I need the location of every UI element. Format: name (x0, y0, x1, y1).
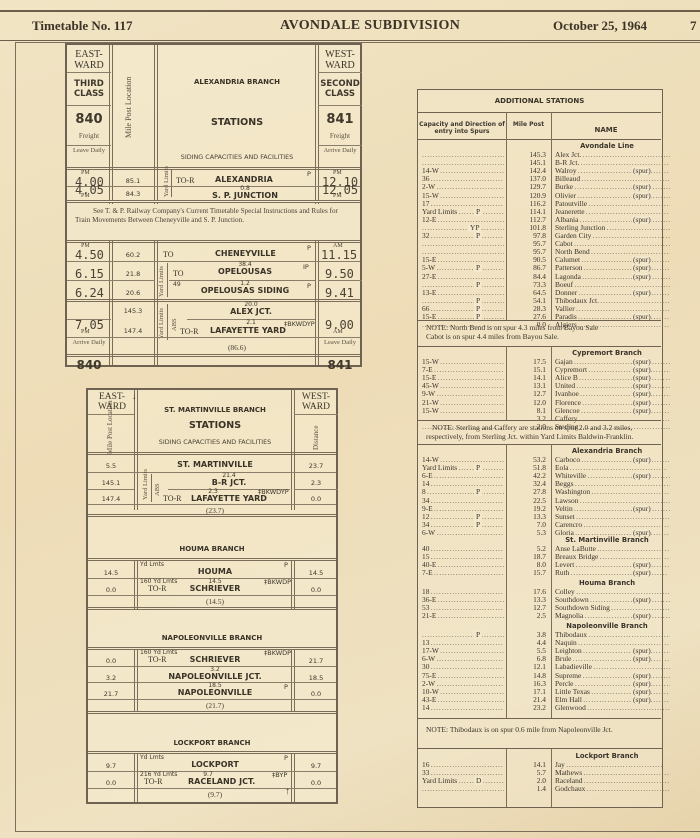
station-name: NAPOLEONVILLE JCT. (140, 672, 290, 681)
spur-label: (spur) (632, 407, 651, 415)
milepost: 84.3 (113, 190, 153, 198)
divider (88, 558, 336, 561)
page-title: AVONDALE SUBDIVISION (280, 18, 460, 34)
facility-code: ‡BYP (272, 771, 287, 779)
station-name: Breaux Bridge (555, 553, 670, 561)
divider (134, 753, 138, 802)
spur-capacity: 43-E (422, 696, 504, 704)
spur-capacity: 6-W (422, 529, 504, 537)
spur-label: (spur) (632, 216, 651, 224)
spur-capacity: 8 (422, 488, 504, 496)
spur-capacity: 33 (422, 769, 504, 777)
arrow-down-icon: ↓ (132, 391, 137, 401)
station-name: Raceland (555, 777, 670, 785)
station-name: ALEXANDRIA (215, 175, 273, 184)
milepost: 145.3 (113, 307, 153, 315)
station-name: Veltin (555, 505, 670, 513)
facility-code: P (284, 561, 288, 569)
list-item: 1.4Godchaux (422, 785, 662, 793)
facility-code: P (474, 264, 482, 272)
spur-capacity: 17-W (422, 647, 504, 655)
spur-capacity: 45-W (422, 382, 504, 390)
milepost-header: Mile Post Location (106, 420, 114, 454)
west-distance: 23.7 (294, 462, 338, 470)
additional-stations-table: ADDITIONAL STATIONS Capacity and Directi… (417, 89, 663, 749)
list-item: 1423.2Glenwood (422, 704, 662, 712)
spur-label: (spur) (632, 289, 651, 297)
divider (88, 699, 336, 700)
facility-code: P (284, 683, 288, 691)
station-name: Lagonda (555, 273, 670, 281)
spur-capacity: 17 (422, 200, 504, 208)
milepost: 60.2 (113, 251, 153, 259)
spur-capacity (422, 297, 504, 305)
station-name: Thibodaux Jct. (555, 297, 670, 305)
station-name: Carencro (555, 521, 670, 529)
facility-code: P (474, 208, 482, 216)
station-name: Caffery (555, 415, 670, 423)
station-name: ST. MARTINVILLE (140, 460, 290, 469)
section-title: Alexandria Branch (551, 447, 663, 455)
station-name: Brule (555, 655, 670, 663)
facility-code: P (474, 631, 482, 639)
east-class-label: THIRD CLASS (67, 79, 111, 99)
divider (88, 514, 336, 517)
station-name: Gajan (555, 358, 670, 366)
divider (318, 105, 362, 106)
spur-capacity: 66 (422, 305, 504, 313)
west-train-number-bottom: 841 (318, 358, 362, 372)
station-name: LAFAYETTE YARD (191, 494, 267, 503)
spur-capacity: Yard Limits (422, 464, 504, 472)
stations-title: STATIONS (140, 420, 290, 431)
spur-capacity: 7-E (422, 569, 504, 577)
spur-capacity (422, 224, 504, 232)
station-name: Little Texas (555, 688, 670, 696)
spur-label: (spur) (632, 696, 651, 704)
spur-capacity: 12 (422, 513, 504, 521)
spur-capacity: 6-W (422, 655, 504, 663)
east-bottom-label: Arrive Daily (71, 339, 107, 346)
page-number: 7 (690, 18, 697, 34)
east-time: 4.50 (75, 248, 104, 262)
station-name: United (555, 382, 670, 390)
siding-caption: SIDING CAPACITIES AND FACILITIES (140, 438, 290, 446)
station-name: RACELAND JCT. (188, 777, 255, 786)
station-name: Sunset (555, 513, 670, 521)
west-distance: 0.0 (294, 779, 338, 787)
west-distance: 2.3 (294, 479, 338, 487)
west-distance: 18.5 (294, 674, 338, 682)
spur-capacity: 34 (422, 497, 504, 505)
milepost: 23.2 (510, 704, 546, 712)
divider (67, 280, 111, 281)
milepost: 147.4 (113, 327, 153, 335)
west-train-type: Freight (318, 132, 362, 140)
station-name: Beggs (555, 480, 670, 488)
spur-capacity: 21-W (422, 399, 504, 407)
station-name: Godchaux (555, 785, 670, 793)
spur-capacity: 15-W (422, 358, 504, 366)
spur-capacity: 14-W (422, 167, 504, 175)
spur-capacity: 15 (422, 553, 504, 561)
station-name: Whiteville (555, 472, 670, 480)
spur-label: (spur) (632, 569, 651, 577)
divider (67, 200, 360, 203)
spur-capacity: 5-W (422, 264, 504, 272)
distance-header: Distance (312, 422, 320, 450)
branch-title: ST. MARTINVILLE BRANCH (140, 406, 290, 414)
total-distance: (86.6) (159, 343, 315, 352)
east-time: 6.24 (75, 286, 104, 300)
station-name: Jeanerette (555, 208, 670, 216)
milepost: 9.7 (88, 762, 134, 770)
west-distance: 9.7 (294, 762, 338, 770)
divider (88, 751, 336, 754)
col-name: NAME (551, 126, 661, 134)
divider (318, 280, 362, 281)
station-name: Southdown (555, 596, 670, 604)
station-name: Glencoe (555, 407, 670, 415)
station-name: Anse LaButte (555, 545, 670, 553)
station-name: Garden City (555, 232, 670, 240)
spur-capacity: 14 (422, 704, 504, 712)
station-name: B-R Jct. (555, 159, 670, 167)
westward-label: WEST- WARD (318, 49, 362, 71)
spur-capacity (422, 248, 504, 256)
station-name: Patterson (555, 264, 670, 272)
spur-capacity: 13-E (422, 289, 504, 297)
prefix: TO-R (176, 176, 195, 185)
station-name: Cabot (555, 240, 670, 248)
station-name: Florence (555, 399, 670, 407)
divider (418, 139, 661, 140)
prefix: TO (163, 250, 174, 259)
divider (294, 414, 338, 415)
facility-code: P (284, 754, 288, 762)
section-title: Lockport Branch (551, 752, 663, 760)
section-title: Cypremort Branch (551, 349, 663, 357)
station-name: Supreme (555, 672, 670, 680)
milepost: 147.4 (88, 495, 134, 503)
spur-capacity (422, 240, 504, 248)
station-name: Lawson (555, 497, 670, 505)
spur-capacity: 75-E (422, 672, 504, 680)
abs-label: ABS (154, 478, 162, 496)
west-distance: 21.7 (294, 657, 338, 665)
west-class-label: SECOND CLASS (318, 79, 362, 99)
divider (294, 489, 338, 490)
station-name: Glenwood (555, 704, 670, 712)
divider (151, 474, 152, 502)
yard-limits-label: Yard Limits (158, 263, 166, 297)
ampm: PM (81, 193, 90, 199)
station-name: Percle (555, 680, 670, 688)
west-distance: 0.0 (294, 690, 338, 698)
station-name: Naquin (555, 639, 670, 647)
spur-capacity (422, 631, 504, 639)
divider (88, 452, 336, 455)
divider (167, 263, 168, 297)
west-time: 11.15 (321, 248, 357, 262)
prefix: TO-R (180, 327, 199, 336)
milepost-header: Mile Post Location (125, 93, 133, 138)
west-schedule-label: Arrive Daily (322, 147, 358, 154)
spur-capacity: 36 (422, 175, 504, 183)
spur-capacity: 18 (422, 588, 504, 596)
spur-capacity: 9-W (422, 390, 504, 398)
facility-code: IP (303, 263, 309, 271)
divider (67, 72, 111, 73)
milepost: 2.5 (510, 612, 546, 620)
ampm: PM (81, 329, 90, 335)
spur-label: (spur) (632, 655, 651, 663)
east-train-number: 840 (67, 112, 111, 127)
list-item: 7-E15.7Ruth(spur) (422, 569, 662, 577)
branches-table: EAST- WARD ↓ Mile Post Location ST. MART… (86, 388, 338, 804)
station-name: Ruth (555, 569, 670, 577)
ampm: AM (333, 329, 343, 335)
facility-code: P (474, 521, 482, 529)
divider (67, 354, 360, 357)
spur-label: (spur) (632, 612, 651, 620)
facility-code: ‡BKWDYP (284, 320, 315, 328)
divider (418, 346, 661, 347)
spur-label: (spur) (632, 167, 651, 175)
milepost: 145.1 (88, 479, 134, 487)
station-name: Leighton (555, 647, 670, 655)
milepost: 0.0 (88, 657, 134, 665)
spur-capacity: 15-W (422, 407, 504, 415)
section-title: St. Martinville Branch (551, 536, 663, 544)
station-name: Carboco (555, 456, 670, 464)
divider (67, 337, 360, 338)
station-name: Elm Hall (555, 696, 670, 704)
divider (88, 595, 336, 596)
divider (88, 711, 336, 714)
spur-capacity: 15-E (422, 256, 504, 264)
station-name: OPELOUSAS SIDING (175, 286, 315, 295)
branch-title: NAPOLEONVILLE BRANCH (88, 634, 336, 642)
station-name: Albania (555, 216, 670, 224)
alexandria-branch-table: EAST- WARD THIRD CLASS 840 Freight Leave… (65, 43, 362, 367)
facility-code: P (474, 488, 482, 496)
spur-capacity: Yard Limits (422, 208, 504, 216)
divider (67, 167, 360, 170)
facility-code: P (307, 170, 311, 178)
station-name: Sterling Junction (555, 224, 670, 232)
abs-label: ABS (171, 311, 179, 331)
station-name: Eola (555, 464, 670, 472)
station-name: LAFAYETTE YARD (210, 326, 286, 335)
list-item: 21-E2.5Magnolia(spur) (422, 612, 662, 620)
station-name: Vallier (555, 305, 670, 313)
station-name: OPELOUSAS (175, 267, 315, 276)
note-napoleonville: NOTE: Thibodaux is on spur 0.6 mile from… (426, 725, 656, 734)
divider (318, 145, 362, 146)
spur-capacity: Yard Limits (422, 777, 504, 785)
milepost: 21.8 (113, 270, 153, 278)
spur-label: (spur) (632, 456, 651, 464)
station-name: HOUMA (140, 567, 290, 576)
milepost: 0.0 (88, 586, 134, 594)
spur-capacity: 14 (422, 480, 504, 488)
station-name: Magnolia (555, 612, 670, 620)
table-title: ADDITIONAL STATIONS (418, 97, 661, 105)
station-name: NAPOLEONVILLE (140, 688, 290, 697)
total-distance: (21.7) (140, 701, 290, 710)
spur-capacity: 15-E (422, 374, 504, 382)
divider (418, 112, 661, 113)
east-train-type: Freight (67, 132, 111, 140)
spur-capacity: 10-W (422, 688, 504, 696)
facility-code: P (474, 281, 482, 289)
spur-capacity: 9-E (422, 505, 504, 513)
spur-capacity: 2-W (422, 680, 504, 688)
divider (88, 607, 336, 610)
station-name: Walroy (555, 167, 670, 175)
station-name: Donner (555, 289, 670, 297)
divider (88, 647, 336, 650)
west-distance: 14.5 (294, 569, 338, 577)
spur-capacity: 36-E (422, 596, 504, 604)
divider (291, 753, 295, 802)
spur-capacity: 12-E (422, 216, 504, 224)
spur-capacity: 6-E (422, 472, 504, 480)
east-train-number-bottom: 840 (67, 358, 111, 372)
station-name: LOCKPORT (140, 760, 290, 769)
spur-capacity (422, 159, 504, 167)
station-name: Olivier (555, 192, 670, 200)
station-name: Labadieville (555, 663, 670, 671)
milepost: 15.7 (510, 569, 546, 577)
facility-code: ‡BKWDYP (258, 488, 289, 496)
divider (171, 170, 172, 197)
milepost: 21.7 (88, 690, 134, 698)
west-distance: 0.0 (294, 495, 338, 503)
station-name: Thibodaux (555, 631, 670, 639)
divider (134, 649, 138, 711)
prefix: TO-R (144, 777, 163, 786)
divider (318, 72, 362, 73)
branch-title: LOCKPORT BRANCH (88, 739, 336, 747)
station-name: Billeaud (555, 175, 670, 183)
station-name: B-R JCT. (168, 478, 290, 487)
facility-code: ‡BKWDP (264, 578, 291, 586)
prefix: TO-R (163, 494, 182, 503)
station-name: Southdown Siding (555, 604, 670, 612)
special-instructions-note: See T. & P. Railway Company's Current Ti… (75, 207, 353, 225)
west-time: 9.41 (325, 286, 354, 300)
note-avondale: NOTE: North Bend is on spur 4.3 miles fr… (426, 323, 656, 341)
eastward-label: EAST- WARD (67, 49, 111, 71)
yard-limits-label: Yard Limits (158, 305, 166, 339)
divider (418, 718, 661, 719)
spur-capacity (422, 151, 504, 159)
arrow-up-icon: ↑ (285, 786, 290, 797)
col-milepost: Mile Post (506, 121, 551, 128)
total-distance: (9.7) (140, 790, 290, 799)
yard-limits-label: Yard Limits (142, 474, 150, 500)
west-distance: 0.0 (294, 586, 338, 594)
spur-capacity: 40 (422, 545, 504, 553)
milepost: 5.5 (88, 462, 134, 470)
spur-capacity (422, 281, 504, 289)
divider (67, 105, 111, 106)
divider (418, 320, 661, 321)
divider (111, 280, 155, 281)
spur-capacity: 34 (422, 521, 504, 529)
spur-capacity: 14-W (422, 456, 504, 464)
facility-code: P (474, 232, 482, 240)
station-name: Ivanhoe (555, 390, 670, 398)
spur-capacity: 40-E (422, 561, 504, 569)
station-name: S. P. JUNCTION (175, 191, 315, 200)
total-distance: (14.5) (140, 597, 290, 606)
east-schedule-label: Leave Daily (71, 147, 107, 154)
spur-label: (spur) (632, 273, 651, 281)
siding-caption: SIDING CAPACITIES AND FACILITIES (159, 153, 315, 161)
station-name: CHENEYVILLE (215, 249, 276, 258)
header-top-rule (0, 10, 700, 12)
milepost: 3.2 (88, 674, 134, 682)
station-name: Alex Jct. (555, 151, 670, 159)
facility-code: P (307, 282, 311, 290)
divider (88, 504, 336, 505)
note-cypremort: NOTE: Sterling and Caffery are stations … (426, 423, 656, 441)
spur-capacity: 2-W (422, 183, 504, 191)
branch-title: HOUMA BRANCH (88, 545, 336, 553)
spur-capacity: 27-E (422, 273, 504, 281)
divider (418, 420, 661, 421)
ampm: PM (333, 193, 342, 199)
divider (291, 560, 295, 610)
station-name: Calumet (555, 256, 670, 264)
timetable-number: Timetable No. 117 (32, 18, 133, 34)
section-title: Napoleonville Branch (551, 622, 663, 630)
spur-label: (spur) (632, 596, 651, 604)
spur-capacity (422, 785, 504, 793)
spur-capacity: 15-W (422, 192, 504, 200)
facility-code: P (307, 244, 311, 252)
station-name: Mathews (555, 769, 670, 777)
spur-capacity: 32 (422, 232, 504, 240)
header-bottom-rule (0, 40, 700, 41)
milepost: 1.4 (510, 785, 546, 793)
divider (67, 240, 360, 243)
station-name: Levert (555, 561, 670, 569)
east-time: 6.15 (75, 267, 104, 281)
spur-capacity: 16 (422, 761, 504, 769)
divider (134, 560, 138, 610)
facility-code: P (474, 464, 482, 472)
stations-title: STATIONS (159, 117, 315, 128)
spur-capacity (422, 415, 504, 423)
col-capacity: Capacity and Direction of entry into Spu… (418, 121, 506, 135)
milepost: 20.6 (113, 289, 153, 297)
branch-title: ALEXANDRIA BRANCH (159, 78, 315, 86)
milepost: 5.3 (510, 529, 546, 537)
divider (418, 444, 661, 445)
additional-stations-lockport: Lockport Branch1614.1Jay335.7MathewsYard… (417, 748, 663, 808)
facility-code: ‡BKWDP (264, 649, 291, 657)
yard-limits-label: Yard Limits (163, 171, 171, 197)
spur-capacity: 13 (422, 639, 504, 647)
divider (88, 489, 134, 490)
milepost: 85.1 (113, 177, 153, 185)
station-name: North Bend (555, 248, 670, 256)
facility-code: D (474, 777, 483, 785)
